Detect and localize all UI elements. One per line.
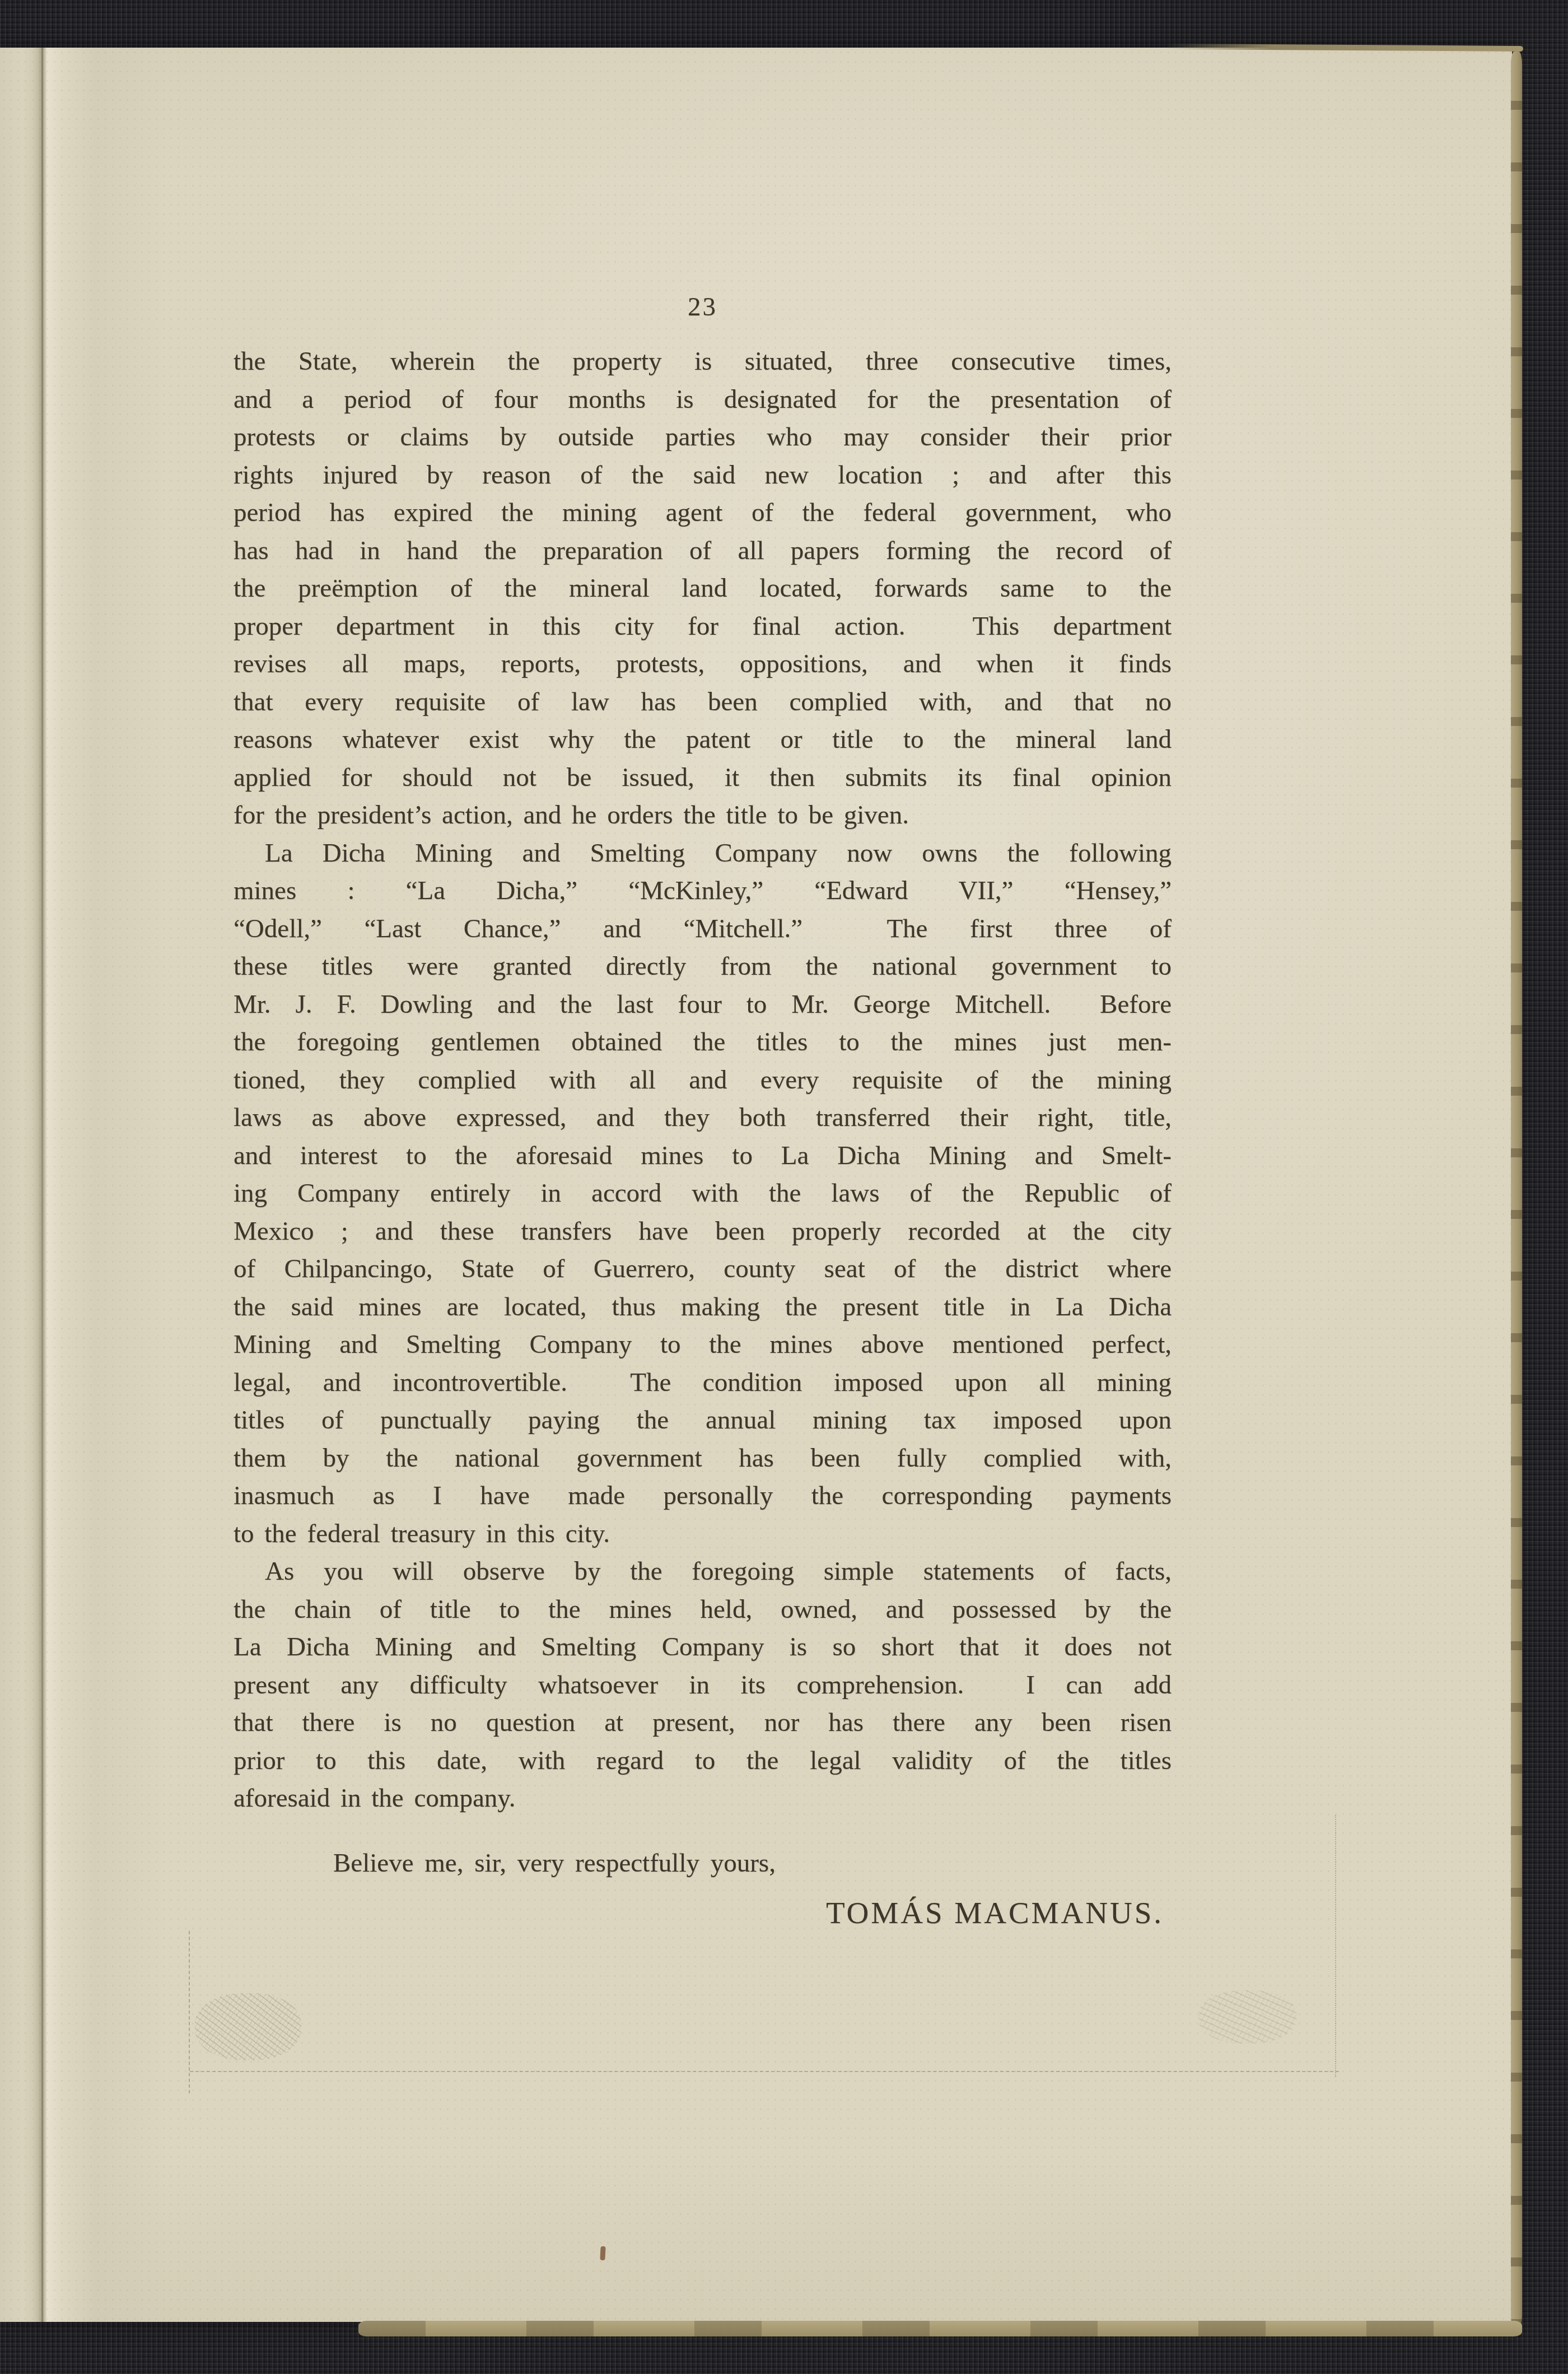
- text-line: and a period of four months is designate…: [234, 381, 1172, 419]
- page-stack-edge-bottom: [358, 2321, 1522, 2336]
- text-line: of Chilpancingo, State of Guerrero, coun…: [234, 1250, 1172, 1288]
- text-column: 23 the State, wherein the property is si…: [234, 290, 1172, 1930]
- text-line: La Dicha Mining and Smelting Company now…: [234, 835, 1172, 873]
- show-through-smudge-right: [1198, 1990, 1296, 2043]
- page-fold-gutter: [0, 48, 168, 2322]
- text-line: Mr. J. F. Dowling and the last four to M…: [234, 986, 1172, 1024]
- show-through-vertical-line-left: [189, 1931, 190, 2093]
- text-line: that there is no question at present, no…: [234, 1704, 1172, 1742]
- text-line: proper department in this city for final…: [234, 608, 1172, 646]
- text-line: the State, wherein the property is situa…: [234, 343, 1172, 381]
- text-line: aforesaid in the company.: [234, 1780, 1172, 1818]
- show-through-smudge-left: [195, 1993, 301, 2060]
- text-line: La Dicha Mining and Smelting Company is …: [234, 1628, 1172, 1667]
- page-crease-line: [41, 48, 43, 2322]
- text-line: the said mines are located, thus making …: [234, 1288, 1172, 1326]
- text-line: the preëmption of the mineral land locat…: [234, 570, 1172, 608]
- text-line: for the president’s action, and he order…: [234, 797, 1172, 835]
- text-line: period has expired the mining agent of t…: [234, 494, 1172, 532]
- text-line: has had in hand the preparation of all p…: [234, 532, 1172, 570]
- text-line: inasmuch as I have made personally the c…: [234, 1477, 1172, 1515]
- text-line: ing Company entirely in accord with the …: [234, 1175, 1172, 1213]
- text-line: present any difficulty whatsoever in its…: [234, 1667, 1172, 1705]
- text-line: mines : “La Dicha,” “McKinley,” “Edward …: [234, 872, 1172, 910]
- page-number: 23: [234, 290, 1172, 324]
- text-line: the chain of title to the mines held, ow…: [234, 1591, 1172, 1629]
- text-line: laws as above expressed, and they both t…: [234, 1099, 1172, 1137]
- text-line: protests or claims by outside parties wh…: [234, 418, 1172, 457]
- text-line: these titles were granted directly from …: [234, 948, 1172, 986]
- text-line: and interest to the aforesaid mines to L…: [234, 1137, 1172, 1175]
- body-text: the State, wherein the property is situa…: [234, 343, 1172, 1818]
- text-line: the foregoing gentlemen obtained the tit…: [234, 1023, 1172, 1062]
- text-line: Mexico ; and these transfers have been p…: [234, 1213, 1172, 1251]
- closing-line: Believe me, sir, very respectfully yours…: [333, 1845, 1172, 1883]
- text-line: “Odell,” “Last Chance,” and “Mitchell.” …: [234, 910, 1172, 948]
- signature-name: TOMÁS MACMANUS.: [234, 1896, 1172, 1930]
- scanned-page: 23 the State, wherein the property is si…: [0, 48, 1512, 2322]
- text-line: prior to this date, with regard to the l…: [234, 1742, 1172, 1780]
- text-line: Mining and Smelting Company to the mines…: [234, 1326, 1172, 1364]
- show-through-horizontal-line: [190, 2071, 1339, 2072]
- text-line: titles of punctually paying the annual m…: [234, 1402, 1172, 1440]
- text-line: reasons whatever exist why the patent or…: [234, 721, 1172, 759]
- text-line: to the federal treasury in this city.: [234, 1515, 1172, 1553]
- text-line: legal, and incontrovertible. The conditi…: [234, 1364, 1172, 1402]
- text-line: applied for should not be issued, it the…: [234, 759, 1172, 797]
- ink-speck: [600, 2246, 605, 2260]
- scanned-book-page-screenshot: { "colors": { "cloth": "#232227", "paper…: [0, 0, 1568, 2374]
- page-stack-edge-right: [1511, 52, 1522, 2328]
- text-line: As you will observe by the foregoing sim…: [234, 1553, 1172, 1591]
- show-through-vertical-line-right: [1335, 1815, 1336, 2077]
- text-line: them by the national government has been…: [234, 1440, 1172, 1478]
- text-line: that every requisite of law has been com…: [234, 683, 1172, 721]
- text-line: revises all maps, reports, protests, opp…: [234, 645, 1172, 683]
- text-line: tioned, they complied with all and every…: [234, 1062, 1172, 1100]
- text-line: rights injured by reason of the said new…: [234, 457, 1172, 495]
